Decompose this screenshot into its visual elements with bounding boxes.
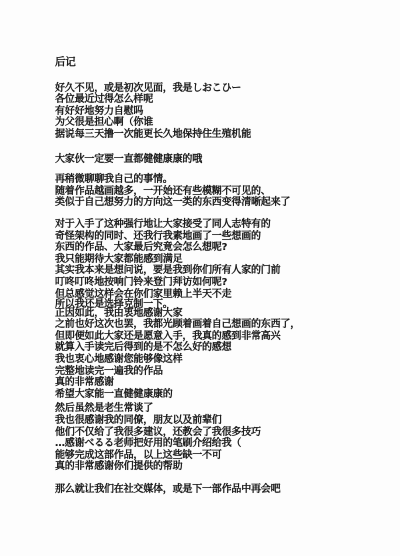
paragraph: 然后虽然是老生常谈了我也很感谢我的同僚，朋友以及前辈们他们不仅给了我很多建议，还… [55, 403, 390, 473]
text-line: 东西的作品、大家最后究竟会怎么想呢? [55, 242, 390, 254]
page-title: 后记 [55, 57, 390, 69]
text-line: 我也衷心地感谢您能够像这样 [55, 354, 390, 366]
text-line: 随着作品越画越多，一开始还有些模糊不可见的、 [55, 186, 390, 198]
afterword-page: 后记 好久不见，或是初次见面，我是しおこひー各位最近过得怎么样呢有好好地努力自慰… [0, 0, 400, 556]
text-line: 奇怪架构的同时、还我行我素地画了一些想画的 [55, 231, 390, 243]
text-line: 各位最近过得怎么样呢 [55, 94, 390, 106]
text-line: 大家伙一定要一直都健健康康的哦 [55, 154, 390, 166]
text-line: 真的非常感谢你们提供的帮助 [55, 461, 390, 473]
text-line: 正因如此，我由衷地感谢大家 [55, 308, 390, 320]
text-line: 据说每三天撸一次能更长久地保持住生殖机能 [55, 129, 390, 141]
text-line: 他们不仅给了我很多建议，还教会了我很多技巧 [55, 427, 390, 439]
text-line: 为父很是担心啊（你谁 [55, 117, 390, 129]
text-line: 然后虽然是老生常谈了 [55, 403, 390, 415]
text-line: 好久不见，或是初次见面，我是しおこひー [55, 83, 390, 95]
text-line: …感谢べるる老师把好用的笔刷介绍给我（ [55, 438, 390, 450]
paragraph: 那么就让我们在社交媒体，或是下一部作品中再会吧 [55, 484, 390, 496]
text-line: 但即便如此大家还是愿意入手，我真的感到非常高兴 [55, 331, 390, 343]
text-line: 类似于自己想努力的方向这一类的东西变得清晰起来了 [55, 197, 390, 209]
paragraph: 再稍微聊聊我自己的事情。随着作品越画越多，一开始还有些模糊不可见的、类似于自己想… [55, 174, 390, 209]
text-line: 再稍微聊聊我自己的事情。 [55, 174, 390, 186]
text-line: 希望大家能一直健健康康的 [55, 389, 390, 401]
text-line: 我只能期待大家都能感到满足 [55, 254, 390, 266]
afterword-body: 好久不见，或是初次见面，我是しおこひー各位最近过得怎么样呢有好好地努力自慰吗为父… [55, 83, 390, 496]
text-line: 对于入手了这种强行地让大家接受了同人志特有的 [55, 219, 390, 231]
text-line: 真的非常感谢 [55, 377, 390, 389]
text-line: 就算入手读完后得到的是不怎么好的感想 [55, 342, 390, 354]
text-line: 能够完成这部作品，以上这些缺一不可 [55, 450, 390, 462]
text-line: 之前也好这次也罢，我都光顾着画着自己想画的东西了， [55, 319, 390, 331]
afterword-content: 后记 好久不见，或是初次见面，我是しおこひー各位最近过得怎么样呢有好好地努力自慰… [55, 57, 390, 496]
paragraph: 对于入手了这种强行地让大家接受了同人志特有的奇怪架构的同时、还我行我素地画了一些… [55, 219, 390, 401]
text-line: 完整地读完一遍我的作品 [55, 366, 390, 378]
paragraph: 好久不见，或是初次见面，我是しおこひー各位最近过得怎么样呢有好好地努力自慰吗为父… [55, 83, 390, 141]
text-line: 叮咚叮咚地按响门铃来登门拜访如何呢? [55, 277, 390, 289]
text-line: 那么就让我们在社交媒体，或是下一部作品中再会吧 [55, 484, 390, 496]
paragraph: 大家伙一定要一直都健健康康的哦 [55, 154, 390, 166]
text-line: 其实我本来是想问说，要是我到你们所有人家的门前 [55, 265, 390, 277]
text-line: 我也很感谢我的同僚，朋友以及前辈们 [55, 415, 390, 427]
text-line: 有好好地努力自慰吗 [55, 106, 390, 118]
